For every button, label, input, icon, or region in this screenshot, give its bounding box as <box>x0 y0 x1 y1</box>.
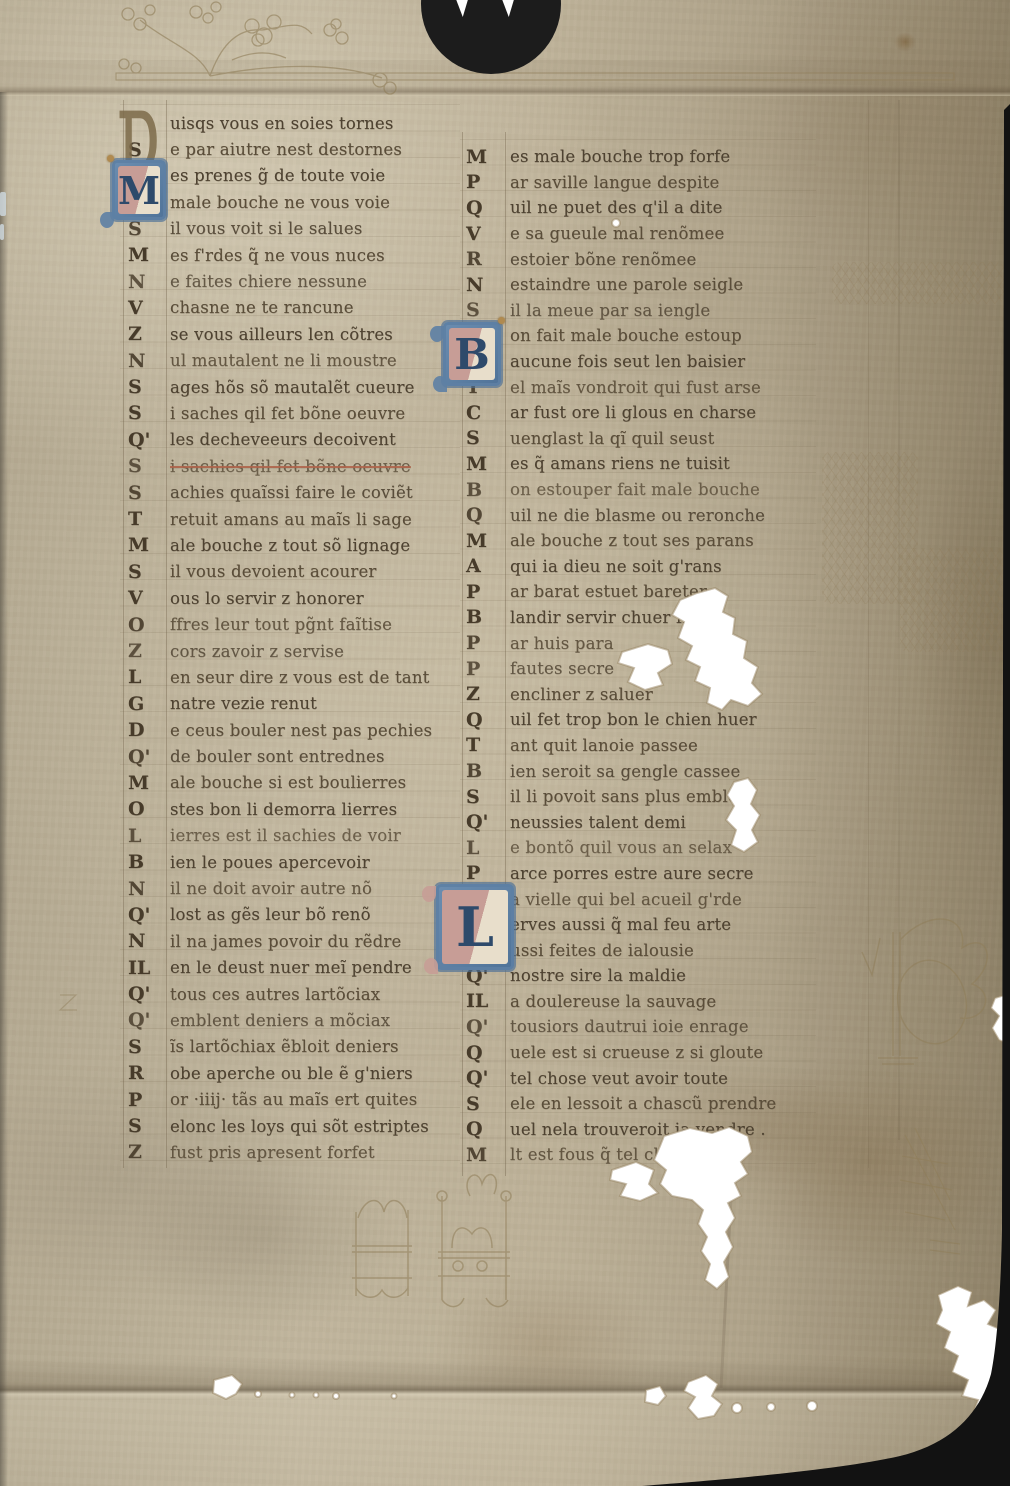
line-text: ant quit lanoie passee <box>510 736 698 755</box>
line-text: ffres leur tout pg̃nt faĩtise <box>170 615 392 634</box>
line-text: uil fet trop bon le chien huer <box>510 710 757 729</box>
initial-letter: M <box>118 168 160 213</box>
hole <box>991 994 1008 1044</box>
line-text: e ceus bouler nest pas pechies <box>170 721 432 740</box>
line-initial: Q' <box>128 429 170 451</box>
manuscript-line: Por ·iiij· tãs au maĩs ert quites <box>128 1086 463 1112</box>
manuscript-photo: uisqs vous en soies tornesSe par aiutre … <box>0 0 1010 1486</box>
gold-dot <box>498 317 505 324</box>
line-initial: B <box>466 606 510 628</box>
line-initial: N <box>128 350 170 372</box>
w-logo-badge[interactable] <box>421 0 561 74</box>
line-initial: Q <box>466 709 510 731</box>
line-text: stes bon li demorra lierres <box>170 800 397 819</box>
manuscript-line: Vchasne ne te rancune <box>128 295 463 321</box>
manuscript-line: Si saches qil fet bõne oeuvre <box>128 400 463 426</box>
line-text: a vielle qui bel acueil g'rde <box>510 890 742 909</box>
manuscript-line: Blandir servir chuer flater <box>466 605 814 631</box>
manuscript-line: on fait male bouche estoup <box>466 323 814 349</box>
line-text: ous lo servir z honorer <box>170 589 364 608</box>
line-initial: Q <box>466 504 510 526</box>
manuscript-line: Offres leur tout pg̃nt faĩtise <box>128 611 463 637</box>
line-text: on estouper fait male bouche <box>510 480 760 499</box>
hole <box>807 1401 817 1411</box>
manuscript-line: Male bouche z tout ses parans <box>466 528 814 554</box>
manuscript-line: Nussi feites de ialousie <box>466 937 814 963</box>
manuscript-line: Ne faites chiere nessune <box>128 268 463 294</box>
line-text: e par aiutre nest destornes <box>170 140 402 159</box>
line-initial: Q <box>466 197 510 219</box>
line-initial: N <box>128 271 170 293</box>
manuscript-line: Sil vous devoient acourer <box>128 559 463 585</box>
edge-fleck <box>0 192 6 216</box>
manuscript-line: Vous lo servir z honorer <box>128 585 463 611</box>
hole <box>767 1403 775 1411</box>
manuscript-line: Se par aiutre nest destornes <box>128 136 463 162</box>
line-initial: P <box>466 171 510 193</box>
hole <box>732 1403 742 1413</box>
line-text: ĩs lartõchiax ẽbloit deniers <box>170 1037 399 1056</box>
line-text: de bouler sont entrednes <box>170 747 385 766</box>
manuscript-line: Aqui ia dieu ne soit g'rans <box>466 554 814 580</box>
w-letter-stroke <box>451 0 472 17</box>
line-text: tel chose veut avoir toute <box>510 1069 728 1088</box>
manuscript-line: Par huis para <box>466 630 814 656</box>
line-initial: L <box>128 666 170 688</box>
edge-fleck <box>0 224 4 240</box>
manuscript-line: Nil na james povoir du rẽdre <box>128 928 463 954</box>
line-initial: B <box>466 479 510 501</box>
crosshatch-patch <box>832 262 1004 304</box>
line-initial: Q' <box>128 904 170 926</box>
left-margin-mark <box>60 995 77 1010</box>
line-text: i sachies qil fet bõne oeuvre <box>170 457 411 476</box>
manuscript-line: Mes q̃ amans riens ne tuisit <box>466 451 814 477</box>
lighter-lower-margin <box>0 1400 1010 1486</box>
line-text: estoier bõne renõmee <box>510 250 697 269</box>
hole <box>684 1375 722 1419</box>
manuscript-line: Zencliner z saluer <box>466 681 814 707</box>
line-text: e sa gueule mal renõmee <box>510 224 724 243</box>
vertical-ruling <box>868 100 869 1168</box>
rose-flourish <box>424 958 438 974</box>
line-initial: P <box>466 632 510 654</box>
line-text: natre vezie renut <box>170 694 317 713</box>
line-initial: M <box>466 530 510 552</box>
manuscript-line: uisqs vous en soies tornes <box>128 110 463 136</box>
line-initial: D <box>128 719 170 741</box>
line-text: tousiors dautrui ioie enrage <box>510 1017 749 1036</box>
line-text: ages hõs sõ mautalẽt cueure <box>170 378 415 397</box>
line-text: neussies talent demi <box>510 813 686 832</box>
manuscript-line: Mlt est fous q̃ tel chose ame · <box>466 1142 814 1168</box>
crosshatch-patch <box>822 452 918 604</box>
manuscript-line: Q'emblent deniers a mõciax <box>128 1007 463 1033</box>
manuscript-line: Quele est si crueuse z si gloute <box>466 1040 814 1066</box>
line-initial: S <box>128 1115 170 1137</box>
manuscript-line: Si sachies qil fet bõne oeuvre <box>128 453 463 479</box>
line-text: ale bouche z tout ses parans <box>510 531 754 550</box>
bottom-fold-crease <box>0 1358 1010 1400</box>
line-text: ar huis para <box>510 634 614 653</box>
line-text: chasne ne te rancune <box>170 298 354 317</box>
line-text: obe aperche ou ble ẽ g'niers <box>170 1064 413 1083</box>
line-text: uisqs vous en soies tornes <box>170 114 394 133</box>
line-text: aucune fois seut len baisier <box>510 352 745 371</box>
manuscript-line: Parce porres estre aure secre <box>466 861 814 887</box>
line-text: nostre sire la maldie <box>510 966 686 985</box>
manuscript-line: Nil ne doit avoir autre nõ <box>128 875 463 901</box>
right-column: Mes male bouche trop forfePar saville la… <box>466 144 814 1168</box>
blue-flourish <box>433 376 447 392</box>
line-initial: S <box>128 482 170 504</box>
gold-dot <box>107 155 114 162</box>
line-text: a doulereuse la sauvage <box>510 992 716 1011</box>
line-text: erves aussi q̃ mal feu arte <box>510 915 731 934</box>
line-initial: V <box>128 587 170 609</box>
line-initial: Q' <box>128 983 170 1005</box>
manuscript-line: Male bouche z tout sõ lignage <box>128 532 463 558</box>
manuscript-line: Car fust ore li glous en charse <box>466 400 814 426</box>
line-text: retuit amans au maĩs li sage <box>170 510 412 529</box>
line-initial: P <box>128 1089 170 1111</box>
line-text: il na james povoir du rẽdre <box>170 932 401 951</box>
line-text: lt est fous q̃ tel chose ame · <box>510 1145 745 1164</box>
right-margin-monogram <box>862 919 987 1064</box>
manuscript-line: Ve sa gueule mal renõmee <box>466 221 814 247</box>
manuscript-line: Sil vous voit si le salues <box>128 216 463 242</box>
line-text: qui ia dieu ne soit g'rans <box>510 557 722 576</box>
w-letter-stroke <box>497 0 518 17</box>
line-text: uil ne puet des q'il a dite <box>510 198 723 217</box>
manuscript-line: ILa doulereuse la sauvage <box>466 989 814 1015</box>
line-text: ien le poues apercevoir <box>170 853 370 872</box>
line-text: estaindre une parole seigle <box>510 275 743 294</box>
vertical-crease <box>898 100 900 1140</box>
line-text: ussi feites de ialousie <box>510 941 694 960</box>
manuscript-line: Zcors zavoir z servise <box>128 638 463 664</box>
line-text: el maĩs vondroit qui fust arse <box>510 378 761 397</box>
illuminated-initial-L: L <box>436 884 514 970</box>
line-text: ar saville langue despite <box>510 173 719 192</box>
manuscript-line: Ostes bon li demorra lierres <box>128 796 463 822</box>
illuminated-initial-B: B <box>443 322 501 386</box>
manuscript-line: Le bontõ quil vous an selax <box>466 835 814 861</box>
line-text: ul mautalent ne li moustre <box>170 351 397 370</box>
line-text: elonc les loys qui sõt estriptes <box>170 1117 429 1136</box>
line-text: ien seroit sa gengle cassee <box>510 762 740 781</box>
line-text: lost as gẽs leur bõ renõ <box>170 905 371 924</box>
manuscript-line: Zse vous ailleurs len cõtres <box>128 321 463 347</box>
line-initial: R <box>466 248 510 270</box>
rose-flourish <box>422 886 436 902</box>
manuscript-line: Q'nostre sire la maldie <box>466 963 814 989</box>
line-text: uele est si crueuse z si gloute <box>510 1043 763 1062</box>
manuscript-line: Q'male bouche ne vous voie <box>128 189 463 215</box>
line-initial: L <box>128 825 170 847</box>
manuscript-line: Sĩs lartõchiax ẽbloit deniers <box>128 1034 463 1060</box>
right-margin-hatch-sketch <box>900 1128 960 1254</box>
line-initial: R <box>128 1062 170 1084</box>
line-initial: IL <box>128 957 170 979</box>
manuscript-line: Quil ne die blasme ou reronche <box>466 502 814 528</box>
line-initial: N <box>128 878 170 900</box>
bottom-doodle-1 <box>352 1201 412 1298</box>
line-initial: S <box>128 455 170 477</box>
manuscript-line: Q'neussies talent demi <box>466 809 814 835</box>
manuscript-line: Robe aperche ou ble ẽ g'niers <box>128 1060 463 1086</box>
line-text: uel nela trouveroit ia vendre . <box>510 1120 766 1139</box>
vertical-ruling <box>123 100 124 1168</box>
line-initial: P <box>466 581 510 603</box>
line-text: es prenes g̃ de toute voie <box>170 166 385 185</box>
line-initial: S <box>466 786 510 808</box>
manuscript-line: Serves aussi q̃ mal feu arte <box>466 912 814 938</box>
line-initial: S <box>128 376 170 398</box>
line-text: i saches qil fet bõne oeuvre <box>170 404 405 423</box>
line-text: les decheveeurs decoivent <box>170 430 396 449</box>
hole <box>213 1375 242 1399</box>
line-initial: B <box>128 851 170 873</box>
line-text: e faites chiere nessune <box>170 272 367 291</box>
left-photo-edge <box>0 92 8 1486</box>
manuscript-line: Par barat estuet bareter <box>466 579 814 605</box>
manuscript-line: Pfautes secre <box>466 656 814 682</box>
manuscript-line: Selonc les loys qui sõt estriptes <box>128 1113 463 1139</box>
manuscript-line: Q'tousiors dautrui ioie enrage <box>466 1014 814 1040</box>
manuscript-line: Len seur dire z vous est de tant <box>128 664 463 690</box>
manuscript-line: Q'lost as gẽs leur bõ renõ <box>128 902 463 928</box>
line-text: es male bouche trop forfe <box>510 147 730 166</box>
manuscript-line: Zfust pris apresent forfet <box>128 1139 463 1165</box>
line-initial: Q' <box>128 1009 170 1031</box>
line-text: male bouche ne vous voie <box>170 193 390 212</box>
crosshatch-patch <box>900 548 1006 652</box>
line-initial: N <box>128 930 170 952</box>
line-initial: T <box>128 508 170 530</box>
manuscript-line: Par saville langue despite <box>466 170 814 196</box>
line-text: e bontõ quil vous an selax <box>510 838 732 857</box>
bottom-doodle-2 <box>437 1175 511 1307</box>
line-text: en le deust nuer meĩ pendre <box>170 958 412 977</box>
manuscript-line: Nul mautalent ne li moustre <box>128 348 463 374</box>
line-initial: G <box>128 693 170 715</box>
line-initial: B <box>466 760 510 782</box>
manuscript-line: Tel maĩs vondroit qui fust arse <box>466 374 814 400</box>
manuscript-line: Gnatre vezie renut <box>128 691 463 717</box>
initial-letter: L <box>456 895 494 959</box>
line-text: encliner z saluer <box>510 685 653 704</box>
manuscript-line: es prenes g̃ de toute voie <box>128 163 463 189</box>
line-initial: S <box>466 1093 510 1115</box>
line-initial: L <box>466 837 510 859</box>
manuscript-line: Suenglast la qĩ quil seust <box>466 426 814 452</box>
manuscript-line: Q'les decheveeurs decoivent <box>128 427 463 453</box>
line-text: emblent deniers a mõciax <box>170 1011 390 1030</box>
line-initial: N <box>466 274 510 296</box>
line-text: il vous voit si le salues <box>170 219 363 238</box>
blue-flourish <box>100 212 114 228</box>
manuscript-line: Quil fet trop bon le chien huer <box>466 707 814 733</box>
blue-flourish <box>430 326 444 342</box>
line-initial: O <box>128 798 170 820</box>
line-text: es q̃ amans riens ne tuisit <box>510 454 730 473</box>
manuscript-line: Male bouche si est boulierres <box>128 770 463 796</box>
line-text: fust pris apresent forfet <box>170 1143 375 1162</box>
line-text: il ne doit avoir autre nõ <box>170 879 372 898</box>
line-text: il la meue par sa iengle <box>510 301 710 320</box>
manuscript-line: a vielle qui bel acueil g'rde <box>466 886 814 912</box>
line-text: on fait male bouche estoup <box>510 326 742 345</box>
line-initial: Z <box>128 640 170 662</box>
manuscript-line: Mes male bouche trop forfe <box>466 144 814 170</box>
line-text: or ·iiij· tãs au maĩs ert quites <box>170 1090 417 1109</box>
line-text: ele en lessoit a chascũ prendre <box>510 1094 776 1113</box>
manuscript-line: Bien le poues apercevoir <box>128 849 463 875</box>
initial-letter: B <box>454 330 490 379</box>
line-text: es f'rdes q̃ ne vous nuces <box>170 246 385 265</box>
line-initial: C <box>466 402 510 424</box>
hole <box>610 1162 658 1201</box>
line-initial: Z <box>128 323 170 345</box>
line-text: ale bouche si est boulierres <box>170 773 406 792</box>
vertical-crease <box>720 1140 736 1388</box>
line-initial: Z <box>128 1141 170 1163</box>
line-initial: Q' <box>466 811 510 833</box>
line-initial: Q' <box>466 1067 510 1089</box>
manuscript-line: Sele en lessoit a chascũ prendre <box>466 1091 814 1117</box>
manuscript-line: Tant quit lanoie passee <box>466 733 814 759</box>
manuscript-line: Quil ne puet des q'il a dite <box>466 195 814 221</box>
line-initial: M <box>466 1144 510 1166</box>
manuscript-line: ILen le deust nuer meĩ pendre <box>128 955 463 981</box>
manuscript-line: Q'de bouler sont entrednes <box>128 743 463 769</box>
line-initial: Q' <box>466 1016 510 1038</box>
line-text: il li povoit sans plus embler <box>510 787 746 806</box>
line-text: uil ne die blasme ou reronche <box>510 506 765 525</box>
line-text: ale bouche z tout sõ lignage <box>170 536 410 555</box>
line-initial: O <box>128 614 170 636</box>
left-column: uisqs vous en soies tornesSe par aiutre … <box>128 110 463 1166</box>
line-initial: S <box>466 427 510 449</box>
manuscript-line: De ceus bouler nest pas pechies <box>128 717 463 743</box>
line-initial: T <box>466 734 510 756</box>
manuscript-line: Sages hõs sõ mautalẽt cueure <box>128 374 463 400</box>
line-initial: IL <box>466 990 510 1012</box>
line-initial: P <box>466 658 510 680</box>
line-initial: S <box>128 402 170 424</box>
line-initial: Z <box>466 683 510 705</box>
manuscript-line: Sachies quaĩssi faire le coviẽt <box>128 479 463 505</box>
hole <box>392 1394 397 1399</box>
manuscript-line: Q'tel chose veut avoir toute <box>466 1065 814 1091</box>
manuscript-line: Restoier bõne renõmee <box>466 246 814 272</box>
hole <box>645 1386 666 1405</box>
manuscript-line: Q'tous ces autres lartõciax <box>128 981 463 1007</box>
line-initial: Q' <box>128 746 170 768</box>
hole <box>255 1391 261 1397</box>
line-text: tous ces autres lartõciax <box>170 985 380 1004</box>
line-initial: Q <box>466 1042 510 1064</box>
line-initial: S <box>128 561 170 583</box>
line-text: il vous devoient acourer <box>170 562 377 581</box>
hole <box>314 1393 319 1398</box>
line-initial: S <box>128 1036 170 1058</box>
manuscript-line: Lierres est il sachies de voir <box>128 823 463 849</box>
manuscript-line: Quel nela trouveroit ia vendre . <box>466 1117 814 1143</box>
manuscript-line: Tretuit amans au maĩs li sage <box>128 506 463 532</box>
manuscript-line: Sil li povoit sans plus embler <box>466 784 814 810</box>
line-initial: Q <box>466 1118 510 1140</box>
line-initial: A <box>466 555 510 577</box>
manuscript-line: Sil la meue par sa iengle <box>466 298 814 324</box>
manuscript-line: Mes f'rdes q̃ ne vous nuces <box>128 242 463 268</box>
line-initial: M <box>128 534 170 556</box>
line-text: ar barat estuet bareter <box>510 582 707 601</box>
line-text: landir servir chuer flater <box>510 608 723 627</box>
line-text: ar fust ore li glous en charse <box>510 403 756 422</box>
line-text: ierres est il sachies de voir <box>170 826 401 845</box>
hole <box>290 1393 295 1398</box>
line-initial: M <box>466 453 510 475</box>
illuminated-initial-M: M <box>112 160 166 220</box>
hole <box>333 1393 339 1399</box>
line-text: achies quaĩssi faire le coviẽt <box>170 483 413 502</box>
line-initial: P <box>466 862 510 884</box>
line-text: arce porres estre aure secre <box>510 864 754 883</box>
line-text: fautes secre <box>510 659 614 678</box>
manuscript-line: Nestaindre une parole seigle <box>466 272 814 298</box>
line-initial: M <box>128 772 170 794</box>
line-text: en seur dire z vous est de tant <box>170 668 430 687</box>
line-initial: M <box>466 146 510 168</box>
line-text: cors zavoir z servise <box>170 642 344 661</box>
line-initial: V <box>466 223 510 245</box>
manuscript-line: Qaucune fois seut len baisier <box>466 349 814 375</box>
manuscript-line: Bon estouper fait male bouche <box>466 477 814 503</box>
manuscript-line: Bien seroit sa gengle cassee <box>466 758 814 784</box>
line-text: uenglast la qĩ quil seust <box>510 429 714 448</box>
line-text: se vous ailleurs len cõtres <box>170 325 393 344</box>
line-initial: V <box>128 297 170 319</box>
hole <box>936 1286 1008 1426</box>
